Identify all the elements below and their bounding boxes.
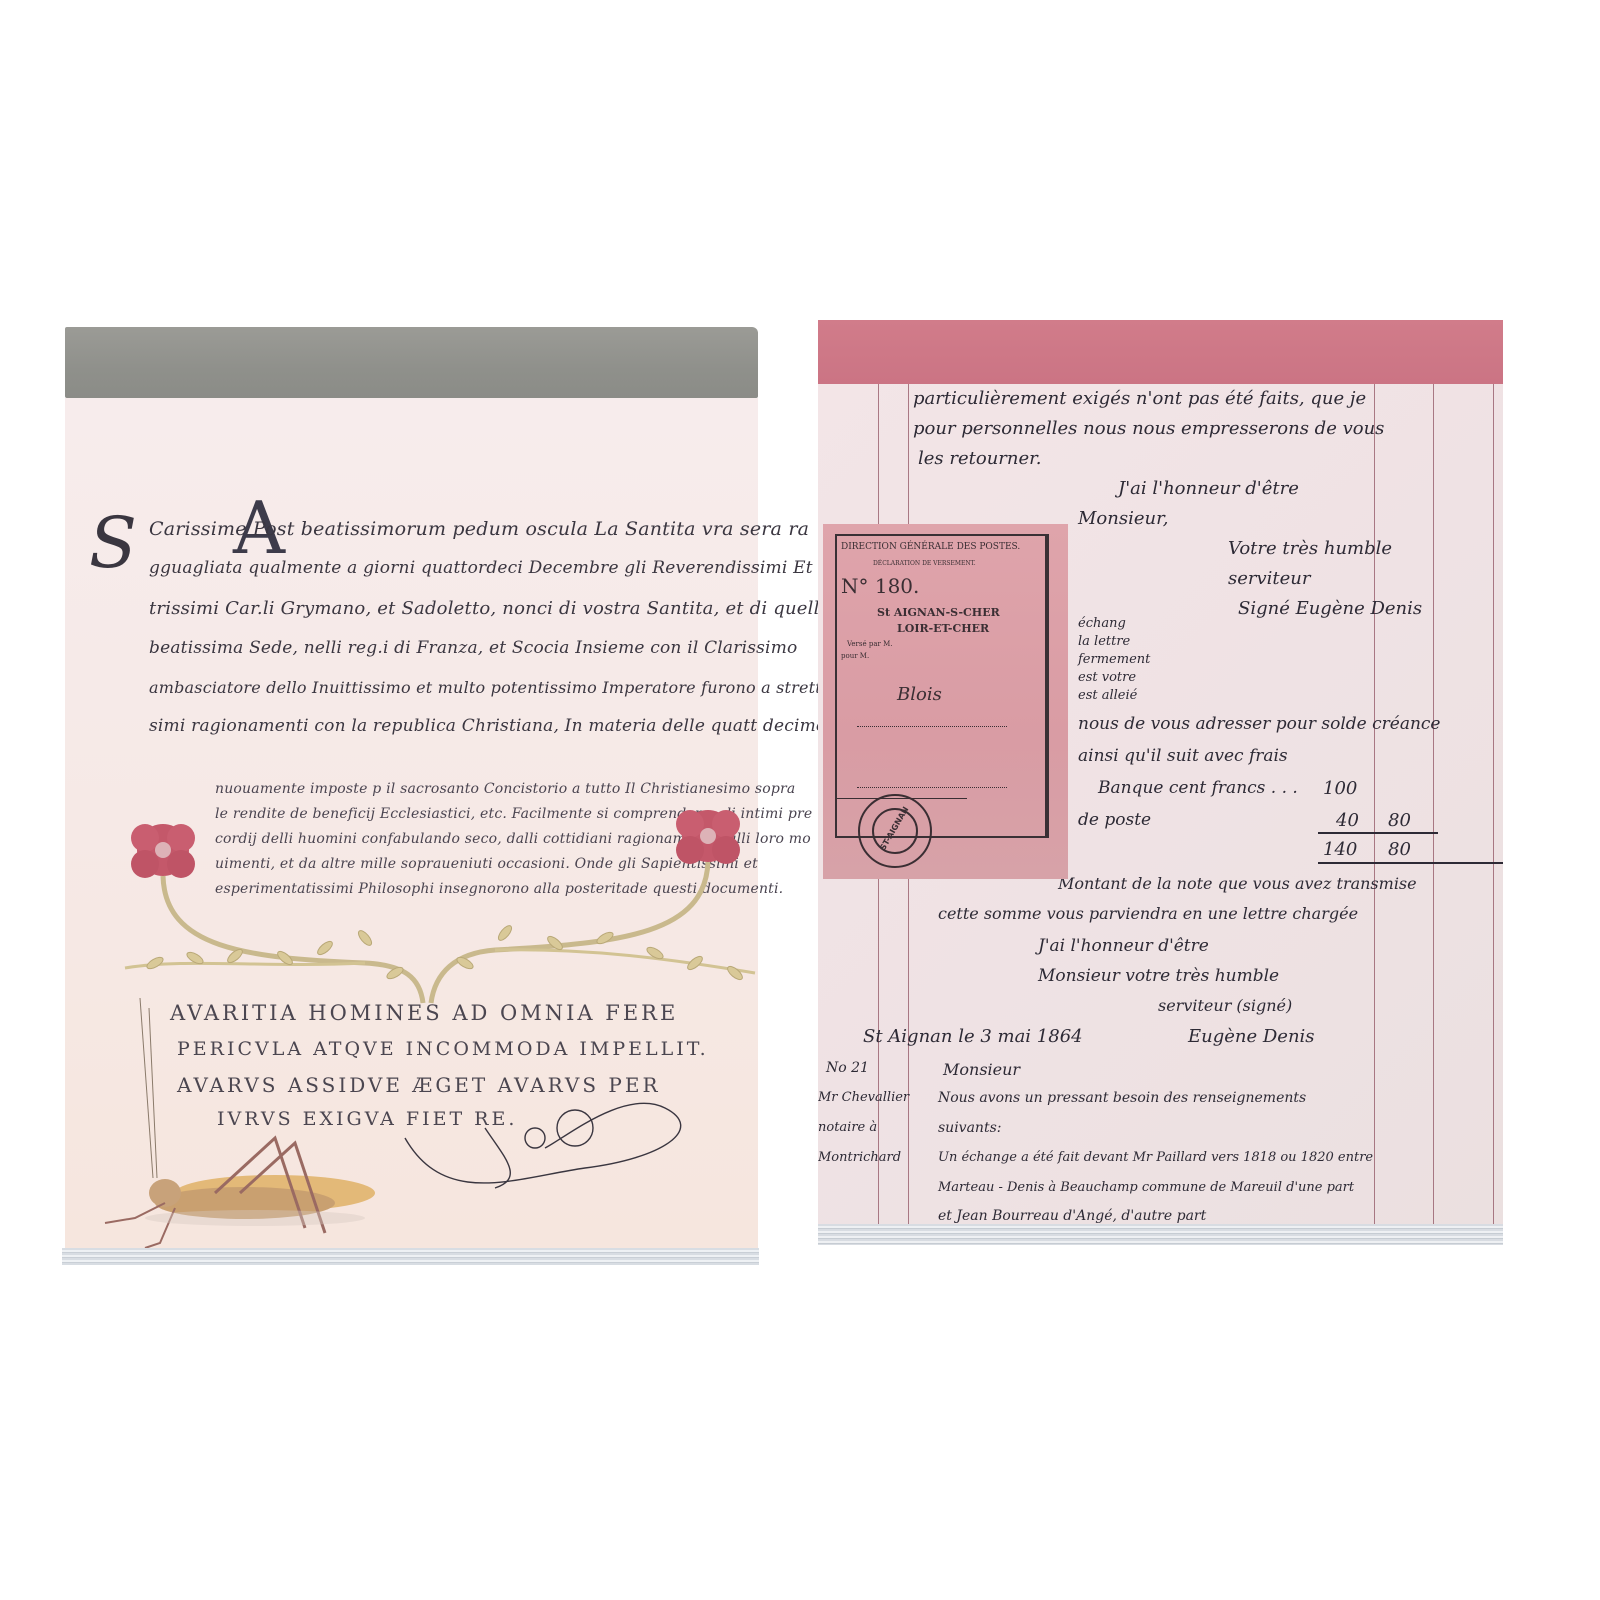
handwriting-line: Votre très humble	[1228, 538, 1392, 559]
margin-note: Montrichard	[818, 1150, 901, 1165]
handwriting-line: serviteur	[1228, 568, 1311, 589]
grasshopper-icon	[105, 998, 375, 1248]
notepad-sheet: particulièrement exigés n'ont pas été fa…	[818, 384, 1503, 1224]
receipt-department: LOIR-ET-CHER	[897, 622, 989, 635]
side-note: échang	[1078, 616, 1126, 631]
receipt-fee-lines	[857, 726, 1007, 788]
amount-centimes-total: 80	[1388, 839, 1411, 860]
notepad-calligraphy: S A Carissime Post beatissimorum pedum o…	[62, 327, 762, 1265]
receipt-number: N° 180.	[841, 574, 919, 598]
postmark-text: ST-AIGNAN	[878, 805, 910, 852]
margin-note: No 21	[826, 1060, 869, 1076]
red-flower-right-icon	[676, 810, 740, 864]
sum-rule	[1318, 862, 1503, 864]
handwriting-line: et Jean Bourreau d'Angé, d'autre part	[938, 1208, 1206, 1224]
handwriting-line: Montant de la note que vous avez transmi…	[1058, 874, 1417, 893]
amount-centimes: 80	[1388, 810, 1411, 831]
handwriting-line: J'ai l'honneur d'être	[1038, 936, 1209, 956]
postal-receipt: DIRECTION GÉNÉRALE DES POSTES. DÉCLARATI…	[823, 524, 1068, 879]
side-note: est alleié	[1078, 688, 1137, 703]
calligraphy-line: simi ragionamenti con la republica Chris…	[149, 716, 826, 736]
amount-francs: 40	[1336, 810, 1359, 831]
handwriting-line: Eugène Denis	[1188, 1026, 1315, 1047]
sum-rule	[1318, 832, 1438, 834]
postmark-stamp-icon: ST-AIGNAN	[858, 794, 932, 868]
red-flower-left-icon	[131, 824, 195, 878]
handwriting-line: Un échange a été fait devant Mr Paillard…	[938, 1150, 1373, 1165]
calligraphy-line: trissimi Car.li Grymano, et Sadoletto, n…	[149, 598, 830, 619]
side-note: est votre	[1078, 670, 1136, 685]
notepad-binding-gray	[65, 327, 758, 398]
receipt-versed-by-label: Versé par M.	[847, 640, 892, 648]
initial-letter-s: S	[89, 502, 137, 584]
calligraphy-line: Carissime Post beatissimorum pedum oscul…	[149, 518, 809, 540]
handwriting-line: cette somme vous parviendra en une lettr…	[938, 904, 1358, 923]
receipt-frame: DIRECTION GÉNÉRALE DES POSTES. DÉCLARATI…	[835, 534, 1049, 838]
receipt-city: Blois	[897, 684, 942, 705]
handwriting-line: suivants:	[938, 1120, 1001, 1136]
receipt-bureau: St AIGNAN-S-CHER	[877, 606, 1000, 619]
notepad-letter: particulièrement exigés n'ont pas été fa…	[813, 320, 1503, 1245]
side-note: la lettre	[1078, 634, 1130, 649]
calligraphy-line: gguagliata qualmente a giorni quattordec…	[149, 558, 857, 578]
margin-note: notaire à	[818, 1120, 877, 1135]
handwriting-line: Marteau - Denis à Beauchamp commune de M…	[938, 1180, 1354, 1195]
handwriting-line: St Aignan le 3 mai 1864	[863, 1026, 1083, 1047]
handwriting-line: Monsieur	[943, 1060, 1020, 1079]
side-note: fermement	[1078, 652, 1150, 667]
handwriting-line: ainsi qu'il suit avec frais	[1078, 746, 1288, 766]
receipt-subheading: DÉCLARATION DE VERSEMENT.	[873, 560, 976, 567]
handwriting-line: nous de vous adresser pour solde créance	[1078, 714, 1440, 734]
notepad-sheet: S A Carissime Post beatissimorum pedum o…	[65, 398, 758, 1248]
ledger-rule	[1493, 384, 1494, 1224]
handwriting-line: Banque cent francs . . .	[1098, 778, 1298, 798]
handwriting-line: Nous avons un pressant besoin des rensei…	[938, 1090, 1306, 1106]
notepad-page-stack	[62, 1248, 759, 1265]
handwriting-line: J'ai l'honneur d'être	[1118, 478, 1299, 499]
notepad-binding-pink	[818, 320, 1503, 384]
handwriting-line: Monsieur,	[1078, 508, 1168, 529]
calligraphic-flourish-icon	[405, 1103, 681, 1188]
calligraphy-line: ambasciatore dello Inuittissimo et multo…	[149, 678, 836, 697]
ledger-rule	[1433, 384, 1434, 1224]
handwriting-line: de poste	[1078, 810, 1151, 830]
handwriting-line: Monsieur votre très humble	[1038, 966, 1279, 986]
handwriting-line: les retourner.	[918, 448, 1042, 469]
amount-francs-total: 140	[1323, 839, 1357, 860]
handwriting-line: pour personnelles nous nous empresserons…	[913, 418, 1384, 439]
calligraphy-line: beatissima Sede, nelli reg.i di Franza, …	[149, 638, 797, 658]
ledger-rule	[1374, 384, 1375, 1224]
handwriting-line: particulièrement exigés n'ont pas été fa…	[913, 388, 1366, 409]
receipt-for-label: pour M.	[841, 652, 869, 660]
receipt-heading: DIRECTION GÉNÉRALE DES POSTES.	[841, 542, 1020, 552]
handwriting-line: Signé Eugène Denis	[1238, 598, 1422, 619]
amount-francs: 100	[1323, 778, 1357, 799]
handwriting-line: serviteur (signé)	[1158, 996, 1292, 1015]
margin-note: Mr Chevallier	[818, 1090, 909, 1105]
notepad-page-stack	[818, 1224, 1503, 1245]
grasshopper-and-flourish-illustration	[65, 978, 758, 1248]
